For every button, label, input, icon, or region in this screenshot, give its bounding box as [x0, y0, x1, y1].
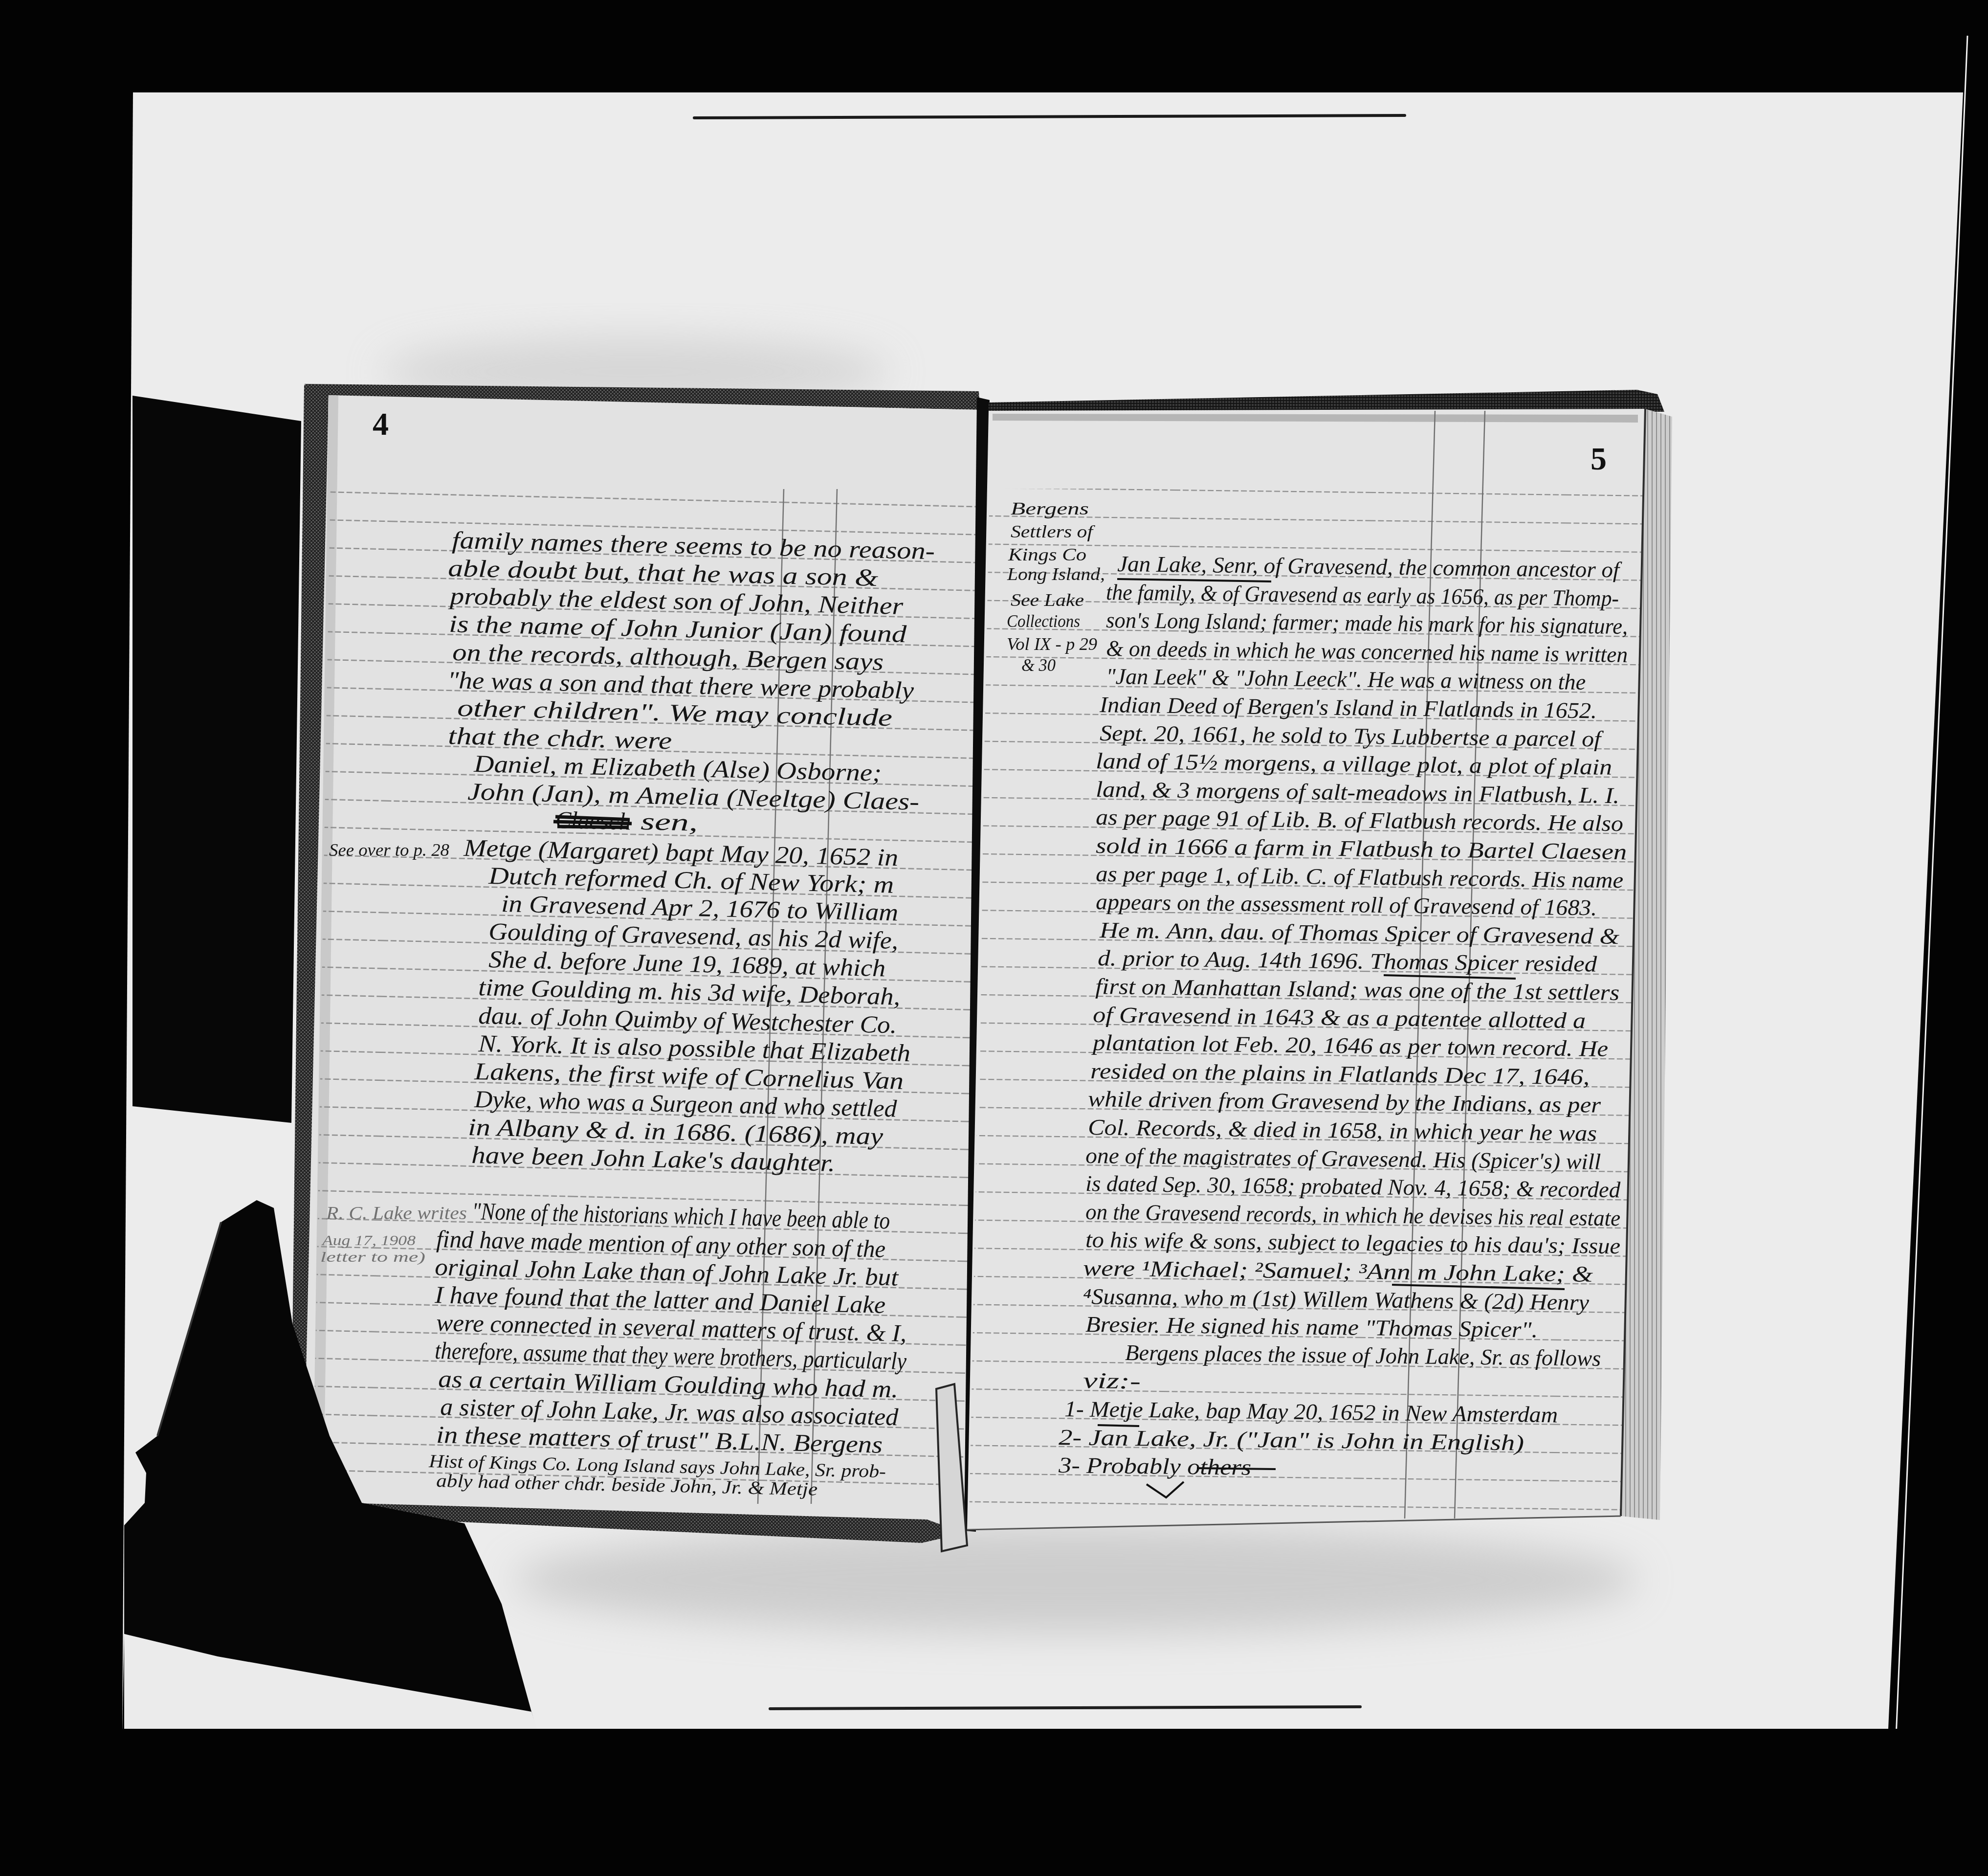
- list-item: 3- Probably others: [1058, 1452, 1252, 1480]
- bottom-film-frame: [0, 1729, 1988, 1876]
- margin-note-line: Bergens: [1011, 499, 1089, 518]
- margin-note-see-over: See over to p. 28: [329, 840, 449, 860]
- margin-note-line: See Lake: [1011, 590, 1084, 610]
- margin-note-line: Collections: [1007, 611, 1080, 631]
- margin-note-line: Vol IX - p 29: [1007, 634, 1097, 654]
- scanned-notebook-spread: 4 family names there seems to be no reas…: [0, 0, 1988, 1876]
- page-number-right: 5: [1590, 441, 1607, 477]
- shadow-below-book: [513, 1526, 1638, 1633]
- left-page: 4 family names there seems to be no reas…: [290, 384, 980, 1543]
- margin-note-date: Aug 17, 1908: [321, 1232, 416, 1249]
- margin-note-rc-lake: R. C. Lake writes: [326, 1203, 467, 1224]
- margin-note-line: & 30: [1021, 655, 1056, 675]
- text-line: sen,: [641, 807, 698, 836]
- margin-note-letter: letter to me): [320, 1249, 425, 1265]
- margin-note-line: Long Island,: [1007, 564, 1105, 584]
- underline-lake-jr: [1197, 1468, 1276, 1469]
- dark-card-left: [133, 396, 301, 1123]
- text-line: viz:-: [1083, 1368, 1141, 1393]
- underline-metje: [1098, 1425, 1139, 1426]
- strikethrough-scribble: [553, 817, 632, 827]
- margin-note-line: Kings Co: [1008, 545, 1086, 564]
- page-number-left: 4: [373, 406, 389, 442]
- margin-note-line: Settlers of: [1011, 522, 1096, 541]
- bottom-rule-mark: [770, 1707, 1360, 1709]
- right-page: 5 Bergens Settlers of Kings Co Long Isla…: [967, 390, 1672, 1530]
